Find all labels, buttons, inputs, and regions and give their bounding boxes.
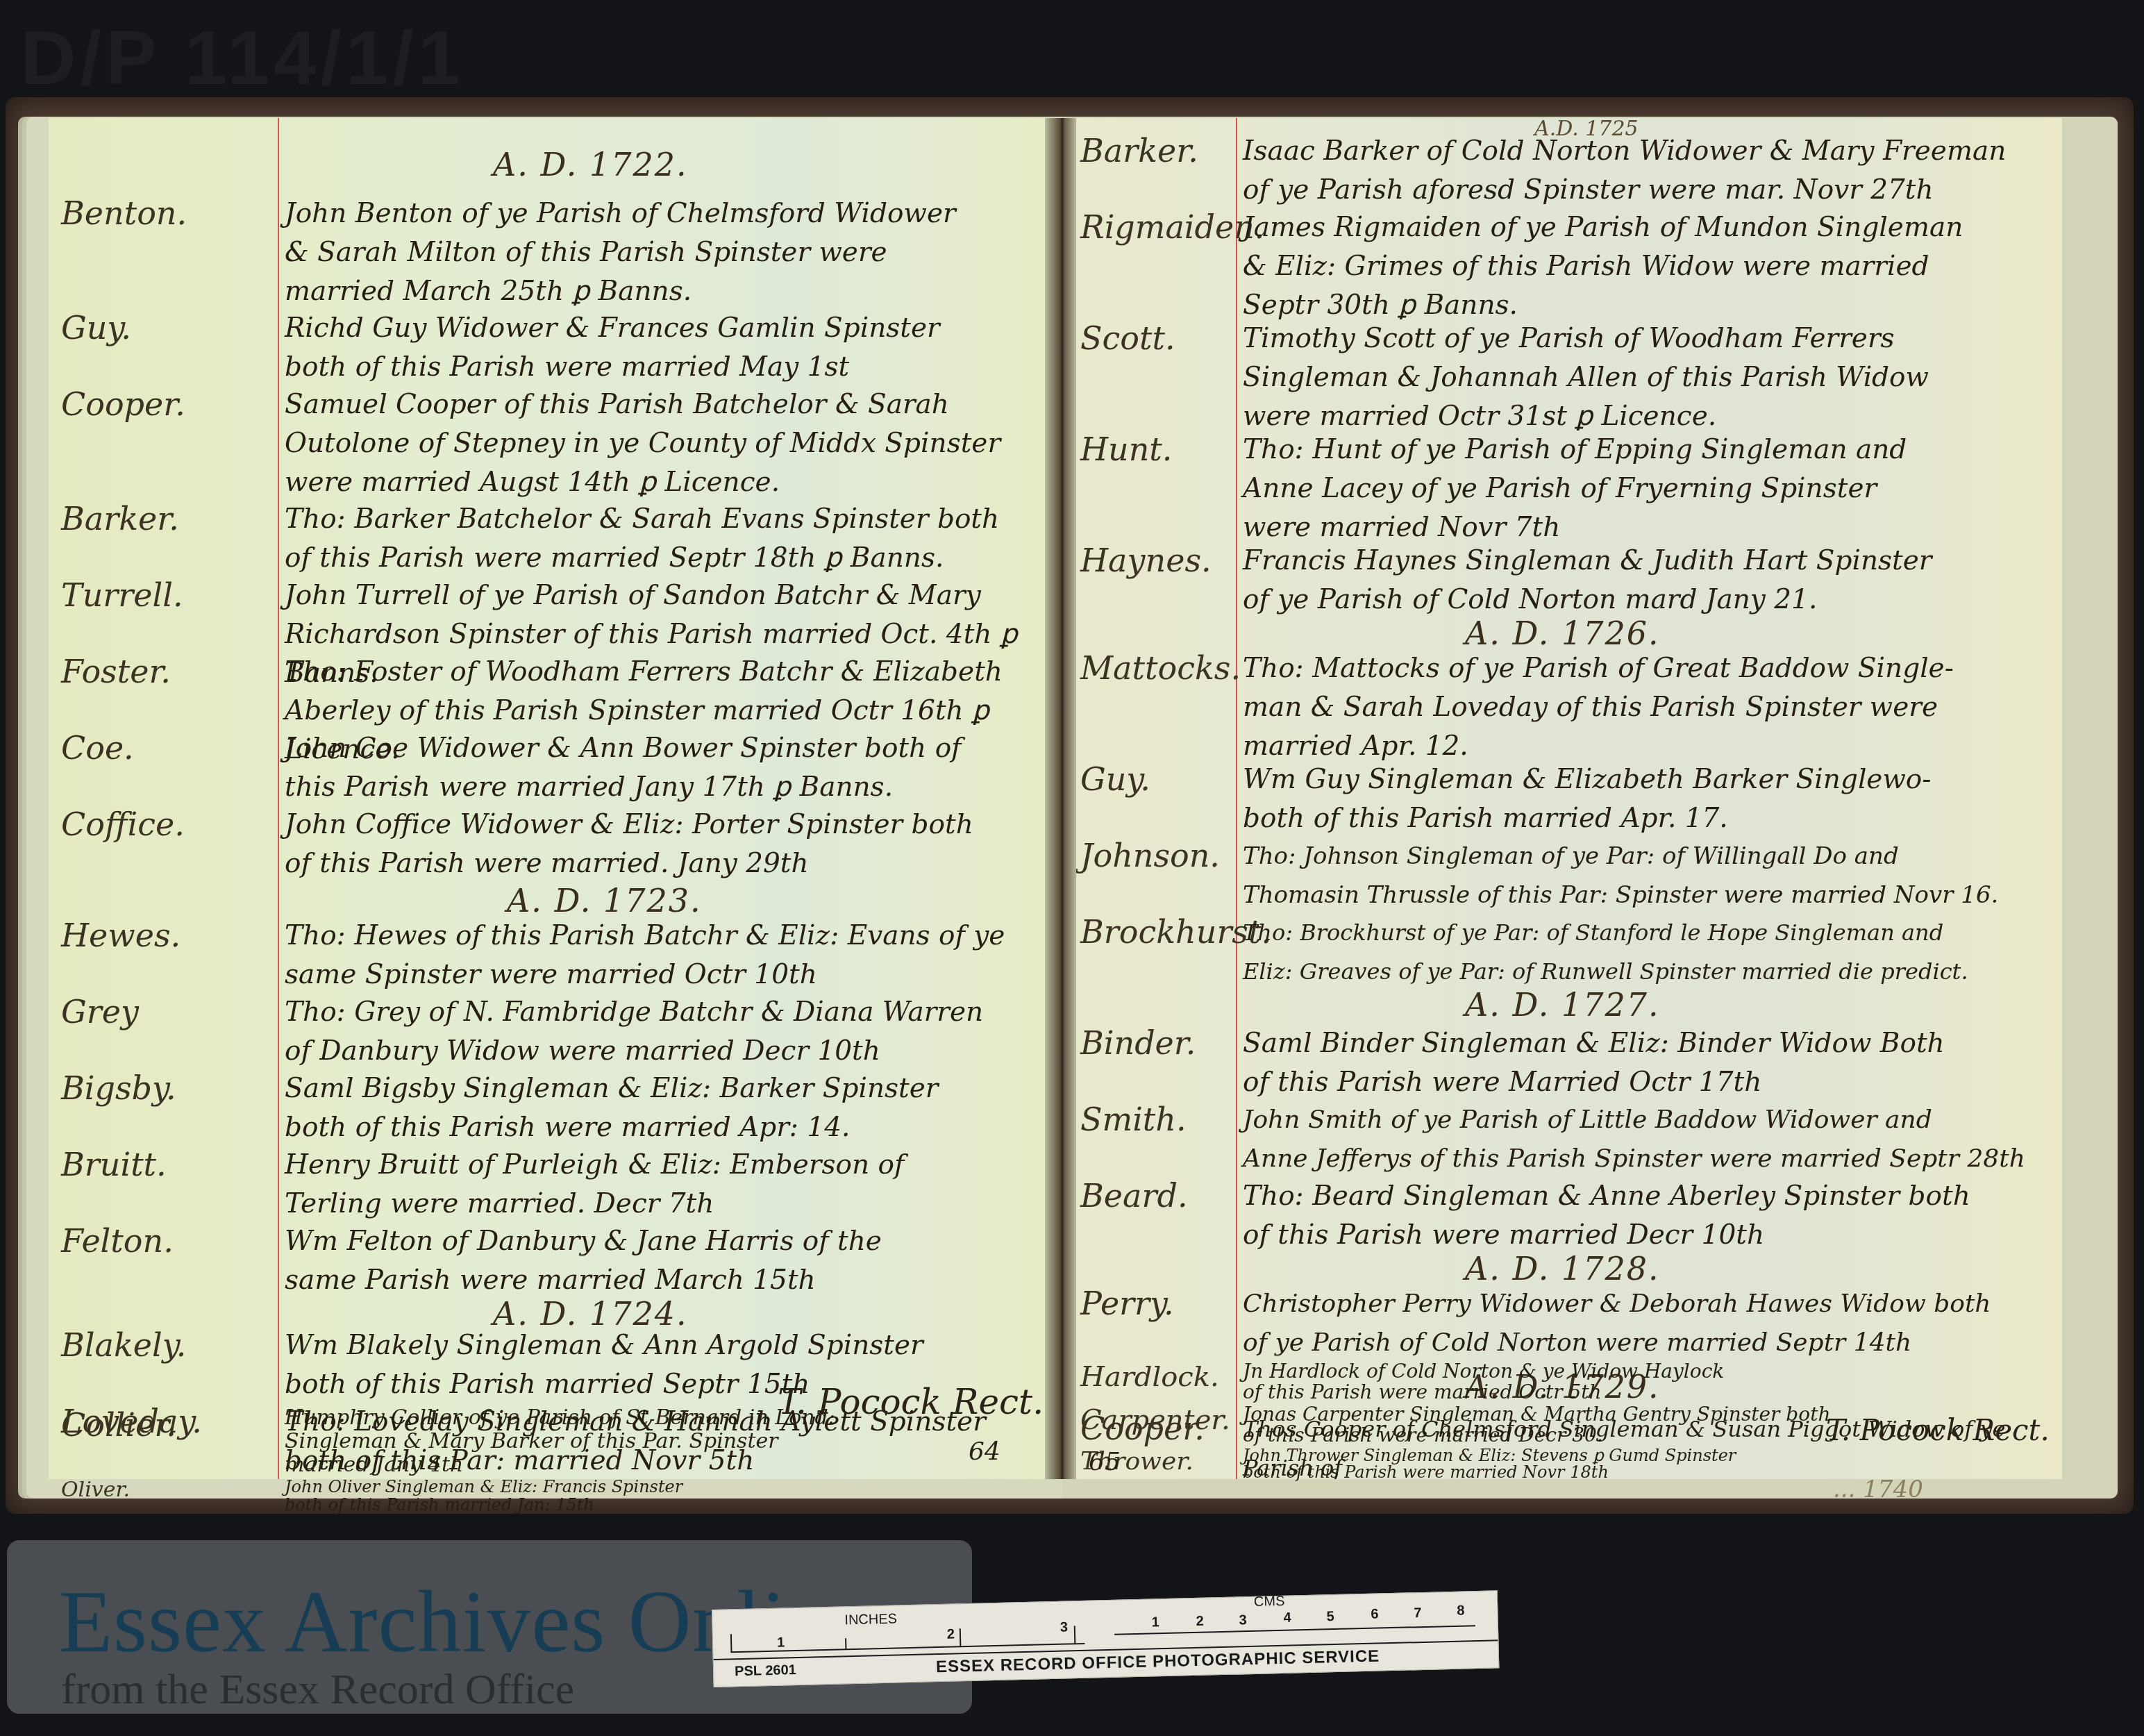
entry-record: Henry Bruitt of Purleigh & Eliz: Emberso… — [285, 1146, 1041, 1224]
watermark-subtitle: from the Essex Record Office — [61, 1665, 574, 1714]
year-heading: A. D. 1728. — [1465, 1250, 1660, 1287]
year-heading: A. D. 1722. — [493, 146, 688, 183]
entry-record: Tho: Mattocks of ye Parish of Great Badd… — [1243, 649, 2055, 766]
entry-record: Timothy Scott of ye Parish of Woodham Fe… — [1243, 319, 2055, 436]
entry-surname: Oliver. — [61, 1478, 130, 1502]
entry-record: Wm Guy Singleman & Elizabeth Barker Sing… — [1243, 760, 2055, 838]
entry-surname: Mattocks. — [1080, 649, 1241, 687]
cm-tick: 1 — [1151, 1614, 1159, 1630]
folio-number-left: 64 — [969, 1437, 1000, 1466]
entry-surname: Smith. — [1080, 1101, 1187, 1138]
cms-scale-line — [1114, 1625, 1475, 1635]
book-gutter — [1045, 118, 1078, 1479]
entry-surname: Bigsby. — [61, 1069, 176, 1107]
entry-surname: Hewes. — [61, 917, 181, 954]
cm-tick: 6 — [1371, 1607, 1379, 1623]
entry-record: John Coffice Widower & Eliz: Porter Spin… — [285, 806, 1041, 883]
year-heading: A. D. 1727. — [1465, 986, 1660, 1024]
entry-record: Richd Guy Widower & Frances Gamlin Spins… — [285, 309, 1041, 387]
margin-rule — [278, 118, 279, 1479]
entry-record: Isaac Barker of Cold Norton Widower & Ma… — [1243, 132, 2055, 210]
rector-signature: T. Pocock Rect. — [778, 1382, 1044, 1422]
right-page: A.D. 1725 Barker. Isaac Barker of Cold N… — [1076, 118, 2062, 1479]
entry-record: John Oliver Singleman & Eliz: Francis Sp… — [285, 1478, 1041, 1514]
inch-tick-1: 1 — [777, 1635, 785, 1651]
entry-surname: Carpenter. — [1080, 1404, 1230, 1436]
entry-record: Tho: Hunt of ye Parish of Epping Singlem… — [1243, 431, 2055, 547]
entry-surname: Binder. — [1080, 1024, 1196, 1062]
entry-record: John Benton of ye Parish of Chelmsford W… — [285, 194, 1041, 311]
cm-tick: 4 — [1283, 1610, 1291, 1626]
margin-rule — [1236, 118, 1237, 1479]
entry-surname: Benton. — [61, 194, 187, 232]
entry-surname: Cooper. — [61, 385, 185, 423]
entry-surname: Coffice. — [61, 806, 185, 843]
entry-record: John Coe Widower & Ann Bower Spinster bo… — [285, 729, 1041, 807]
entry-surname: Guy. — [61, 309, 131, 347]
year-heading: A. D. 1726. — [1465, 615, 1660, 652]
entry-record: Saml Bigsby Singleman & Eliz: Barker Spi… — [285, 1069, 1041, 1147]
entry-surname: Barker. — [1080, 132, 1198, 169]
folio-number-right: 65 — [1089, 1448, 1121, 1476]
entry-surname: Barker. — [61, 500, 179, 537]
inches-label: INCHES — [844, 1611, 897, 1628]
entry-record: James Rigmaiden of ye Parish of Mundon S… — [1243, 208, 2055, 325]
entry-record: Wm Felton of Danbury & Jane Harris of th… — [285, 1222, 1041, 1300]
entry-record: Jn Hardlock of Cold Norton & ye Widow Ha… — [1243, 1361, 2055, 1403]
cm-tick: 8 — [1457, 1603, 1465, 1619]
entry-surname: Hardlock. — [1080, 1361, 1219, 1393]
entry-surname: Johnson. — [1080, 837, 1220, 874]
entry-surname: Beard. — [1080, 1177, 1188, 1215]
entry-surname: Perry. — [1080, 1285, 1174, 1322]
entry-record: Tho: Brockhurst of ye Par: of Stanford l… — [1243, 913, 2055, 991]
entry-surname: Grey — [61, 993, 139, 1030]
faint-footer-date: ... 1740 — [1833, 1476, 1923, 1503]
entry-surname: Hunt. — [1080, 431, 1172, 468]
entry-surname: Guy. — [1080, 760, 1150, 798]
left-page: A. D. 1722. Benton. John Benton of ye Pa… — [49, 118, 1048, 1479]
cm-tick: 7 — [1414, 1605, 1422, 1621]
entry-surname: Blakely. — [61, 1326, 186, 1364]
rector-signature: T. Pocock Rect. — [1826, 1413, 2050, 1447]
entry-surname: Bruitt. — [61, 1146, 167, 1183]
entry-surname: Turrell. — [61, 576, 183, 614]
entry-record: Tho: Johnson Singleman of ye Par: of Wil… — [1243, 837, 2055, 915]
inch-tick-2: 2 — [947, 1626, 955, 1642]
entry-record: John Smith of ye Parish of Little Baddow… — [1243, 1101, 2055, 1178]
year-heading: A. D. 1723. — [507, 882, 702, 919]
entry-record: Saml Binder Singleman & Eliz: Binder Wid… — [1243, 1024, 2055, 1102]
entry-surname: Coe. — [61, 729, 134, 767]
entry-record: Tho: Beard Singleman & Anne Aberley Spin… — [1243, 1177, 2055, 1255]
entry-record: Francis Haynes Singleman & Judith Hart S… — [1243, 542, 2055, 619]
entry-record: Christopher Perry Widower & Deborah Hawe… — [1243, 1285, 2055, 1362]
entry-record: Samuel Cooper of this Parish Batchelor &… — [285, 385, 1041, 502]
scale-code: PSL 2601 — [735, 1662, 796, 1680]
cm-tick: 5 — [1326, 1609, 1334, 1625]
entry-surname: Collier. — [61, 1406, 176, 1444]
archive-reference-code: D/P 114/1/1 — [21, 14, 464, 102]
entry-surname: Felton. — [61, 1222, 174, 1260]
inch-tick-3: 3 — [1060, 1619, 1069, 1635]
cms-label: CMS — [1254, 1594, 1285, 1610]
entry-surname: Haynes. — [1080, 542, 1212, 579]
entry-record: John Thrower Singleman & Eliz: Stevens ꝑ… — [1243, 1447, 2055, 1480]
entry-surname: Scott. — [1080, 319, 1175, 357]
entry-surname: Foster. — [61, 653, 171, 690]
entry-record: Tho: Hewes of this Parish Batchr & Eliz:… — [285, 917, 1041, 994]
entry-surname: Rigmaiden. — [1080, 208, 1264, 246]
cm-tick: 2 — [1196, 1614, 1204, 1630]
entry-record: Tho: Grey of N. Fambridge Batchr & Diana… — [285, 993, 1041, 1071]
entry-record: Tho: Barker Batchelor & Sarah Evans Spin… — [285, 500, 1041, 578]
cm-tick: 3 — [1239, 1612, 1247, 1628]
